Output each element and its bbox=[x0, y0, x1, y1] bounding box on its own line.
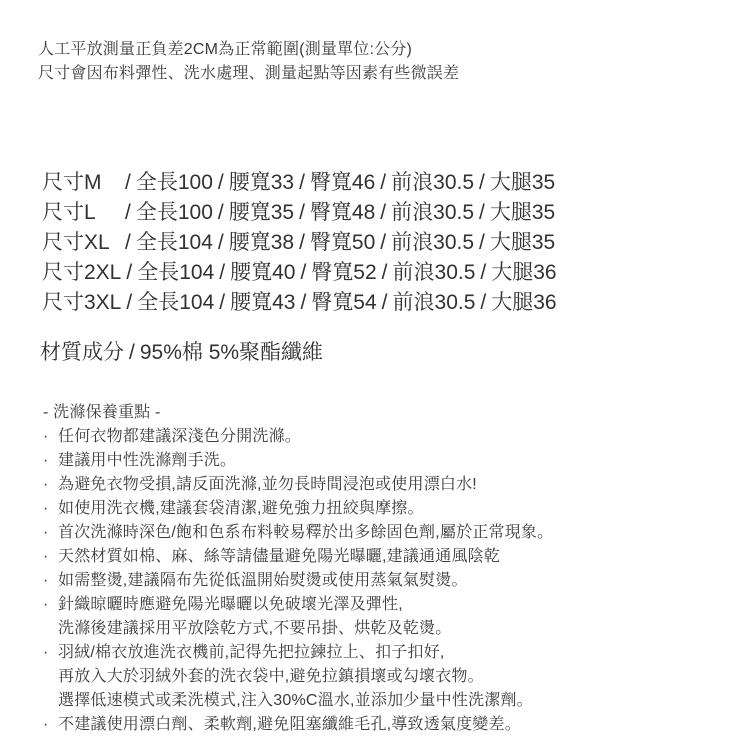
size-cell: 大腿36 bbox=[491, 291, 556, 314]
care-item-text: 針織晾曬時應避免陽光曝曬以免破壞光澤及彈性, bbox=[58, 593, 730, 617]
care-item-continuation: 選擇低速模式或柔洗模式,注入30%C溫水,並添加少量中性洗潔劑。 bbox=[43, 689, 730, 713]
size-row-m: 尺寸M/全長100/腰寬33/臀寬46/前浪30.5/大腿35 bbox=[42, 168, 730, 198]
size-table: 尺寸M/全長100/腰寬33/臀寬46/前浪30.5/大腿35 尺寸L/全長10… bbox=[42, 168, 730, 318]
separator: / bbox=[300, 261, 306, 284]
size-cell: 大腿35 bbox=[490, 201, 555, 224]
care-item: ·建議用中性洗滌劑手洗。 bbox=[43, 449, 730, 473]
separator: / bbox=[299, 171, 305, 194]
separator: / bbox=[479, 201, 485, 224]
care-item-text: 為避免衣物受損,請反面洗滌,並勿長時間浸泡或使用漂白水! bbox=[58, 473, 730, 497]
bullet-icon: · bbox=[43, 497, 58, 521]
bullet-icon: · bbox=[43, 713, 58, 737]
size-row-3xl: 尺寸3XL/全長104/腰寬43/臀寬54/前浪30.5/大腿36 bbox=[42, 288, 730, 318]
size-cell: 全長100 bbox=[136, 201, 213, 224]
size-cell: 臀寬46 bbox=[310, 171, 375, 194]
size-cell: 腰寬33 bbox=[229, 171, 294, 194]
care-item-text: 建議用中性洗滌劑手洗。 bbox=[58, 449, 730, 473]
separator: / bbox=[382, 261, 388, 284]
care-item: ·如使用洗衣機,建議套袋清潔,避免強力扭絞與摩擦。 bbox=[43, 497, 730, 521]
material-line: 材質成分/95%棉 5%聚酯纖維 bbox=[40, 338, 730, 368]
care-item-text: 再放入大於羽絨外套的洗衣袋中,避免拉鎮損壞或勾壞衣物。 bbox=[58, 665, 730, 689]
separator: / bbox=[382, 291, 388, 314]
bullet-icon: · bbox=[43, 593, 58, 617]
size-cell: 全長104 bbox=[137, 261, 214, 284]
bullet-icon: · bbox=[43, 473, 58, 497]
size-cell: 腰寬38 bbox=[229, 231, 294, 254]
care-item-text: 任何衣物都建議深淺色分開洗滌。 bbox=[58, 425, 730, 449]
care-item: ·如需整燙,建議隔布先從低溫開始熨燙或使用蒸氣氣熨燙。 bbox=[43, 569, 730, 593]
size-cell: 臀寬54 bbox=[311, 291, 376, 314]
separator: / bbox=[219, 291, 225, 314]
care-item-text: 選擇低速模式或柔洗模式,注入30%C溫水,並添加少量中性洗潔劑。 bbox=[58, 689, 730, 713]
size-label: 尺寸3XL bbox=[42, 288, 121, 318]
care-section: - 洗滌保養重點 - ·任何衣物都建議深淺色分開洗滌。 ·建議用中性洗滌劑手洗。… bbox=[43, 401, 730, 737]
care-item: ·針織晾曬時應避免陽光曝曬以免破壞光澤及彈性, bbox=[43, 593, 730, 617]
product-detail-page: 人工平放測量正負差2CM為正常範圍(測量單位:公分) 尺寸會因布料彈性、洗水處理… bbox=[0, 0, 750, 737]
size-cell: 臀寬50 bbox=[310, 231, 375, 254]
size-row-2xl: 尺寸2XL/全長104/腰寬40/臀寬52/前浪30.5/大腿36 bbox=[42, 258, 730, 288]
care-item-continuation: 洗滌後建議採用平放陰乾方式,不要吊掛、烘乾及乾燙。 bbox=[43, 617, 730, 641]
bullet-icon: · bbox=[43, 545, 58, 569]
care-item: ·不建議使用漂白劑、柔軟劑,避免阻塞纖維毛孔,導致透氣度變差。 bbox=[43, 713, 730, 737]
separator: / bbox=[218, 231, 224, 254]
care-item: ·為避免衣物受損,請反面洗滌,並勿長時間浸泡或使用漂白水! bbox=[43, 473, 730, 497]
bullet-icon: · bbox=[43, 521, 58, 545]
size-cell: 前浪30.5 bbox=[393, 261, 476, 284]
size-label: 尺寸XL bbox=[42, 228, 120, 258]
care-item-text: 不建議使用漂白劑、柔軟劑,避免阻塞纖維毛孔,導致透氣度變差。 bbox=[58, 713, 730, 737]
care-item: ·羽絨/棉衣放進洗衣機前,記得先把拉鍊拉上、扣子扣好, bbox=[43, 641, 730, 665]
separator: / bbox=[299, 201, 305, 224]
separator: / bbox=[300, 291, 306, 314]
size-cell: 全長100 bbox=[136, 171, 213, 194]
separator: / bbox=[480, 291, 486, 314]
care-section-title: - 洗滌保養重點 - bbox=[43, 401, 730, 425]
separator: / bbox=[479, 231, 485, 254]
size-cell: 腰寬35 bbox=[229, 201, 294, 224]
care-item-text: 首次洗滌時深色/飽和色系布料較易釋於出多餘固色劑,屬於正常現象。 bbox=[58, 521, 730, 545]
size-label: 尺寸L bbox=[42, 198, 120, 228]
size-cell: 前浪30.5 bbox=[393, 291, 476, 314]
bullet-icon: · bbox=[43, 641, 58, 665]
separator: / bbox=[129, 341, 135, 364]
size-cell: 全長104 bbox=[137, 291, 214, 314]
size-label: 尺寸M bbox=[42, 168, 120, 198]
separator: / bbox=[479, 171, 485, 194]
size-cell: 大腿36 bbox=[491, 261, 556, 284]
care-item: ·任何衣物都建議深淺色分開洗滌。 bbox=[43, 425, 730, 449]
size-cell: 全長104 bbox=[136, 231, 213, 254]
care-item-text: 羽絨/棉衣放進洗衣機前,記得先把拉鍊拉上、扣子扣好, bbox=[58, 641, 730, 665]
care-item-text: 如需整燙,建議隔布先從低溫開始熨燙或使用蒸氣氣熨燙。 bbox=[58, 569, 730, 593]
material-label: 材質成分 bbox=[40, 341, 124, 364]
separator: / bbox=[219, 261, 225, 284]
measurement-note: 人工平放測量正負差2CM為正常範圍(測量單位:公分) 尺寸會因布料彈性、洗水處理… bbox=[38, 38, 730, 86]
material-value: 95%棉 5%聚酯纖維 bbox=[140, 341, 323, 364]
separator: / bbox=[125, 171, 131, 194]
separator: / bbox=[380, 231, 386, 254]
bullet-icon: · bbox=[43, 569, 58, 593]
bullet-icon: · bbox=[43, 449, 58, 473]
care-item-continuation: 再放入大於羽絨外套的洗衣袋中,避免拉鎮損壞或勾壞衣物。 bbox=[43, 665, 730, 689]
separator: / bbox=[299, 231, 305, 254]
size-cell: 前浪30.5 bbox=[391, 201, 474, 224]
care-item-text: 天然材質如棉、麻、絲等請儘量避免陽光曝曬,建議通通風陰乾 bbox=[58, 545, 730, 569]
separator: / bbox=[126, 291, 132, 314]
size-row-xl: 尺寸XL/全長104/腰寬38/臀寬50/前浪30.5/大腿35 bbox=[42, 228, 730, 258]
size-cell: 臀寬48 bbox=[310, 201, 375, 224]
size-cell: 大腿35 bbox=[490, 171, 555, 194]
separator: / bbox=[380, 171, 386, 194]
care-item: ·首次洗滌時深色/飽和色系布料較易釋於出多餘固色劑,屬於正常現象。 bbox=[43, 521, 730, 545]
separator: / bbox=[126, 261, 132, 284]
separator: / bbox=[480, 261, 486, 284]
separator: / bbox=[218, 171, 224, 194]
size-cell: 腰寬40 bbox=[230, 261, 295, 284]
size-cell: 大腿35 bbox=[490, 231, 555, 254]
care-item: ·天然材質如棉、麻、絲等請儘量避免陽光曝曬,建議通通風陰乾 bbox=[43, 545, 730, 569]
separator: / bbox=[125, 201, 131, 224]
measurement-note-line-1: 人工平放測量正負差2CM為正常範圍(測量單位:公分) bbox=[38, 38, 730, 62]
care-item-text: 如使用洗衣機,建議套袋清潔,避免強力扭絞與摩擦。 bbox=[58, 497, 730, 521]
measurement-note-line-2: 尺寸會因布料彈性、洗水處理、測量起點等因素有些微誤差 bbox=[38, 62, 730, 86]
size-cell: 臀寬52 bbox=[311, 261, 376, 284]
size-row-l: 尺寸L/全長100/腰寬35/臀寬48/前浪30.5/大腿35 bbox=[42, 198, 730, 228]
separator: / bbox=[218, 201, 224, 224]
separator: / bbox=[380, 201, 386, 224]
care-item-text: 洗滌後建議採用平放陰乾方式,不要吊掛、烘乾及乾燙。 bbox=[58, 617, 730, 641]
size-label: 尺寸2XL bbox=[42, 258, 121, 288]
size-cell: 前浪30.5 bbox=[391, 171, 474, 194]
bullet-icon: · bbox=[43, 425, 58, 449]
size-cell: 腰寬43 bbox=[230, 291, 295, 314]
separator: / bbox=[125, 231, 131, 254]
size-cell: 前浪30.5 bbox=[391, 231, 474, 254]
